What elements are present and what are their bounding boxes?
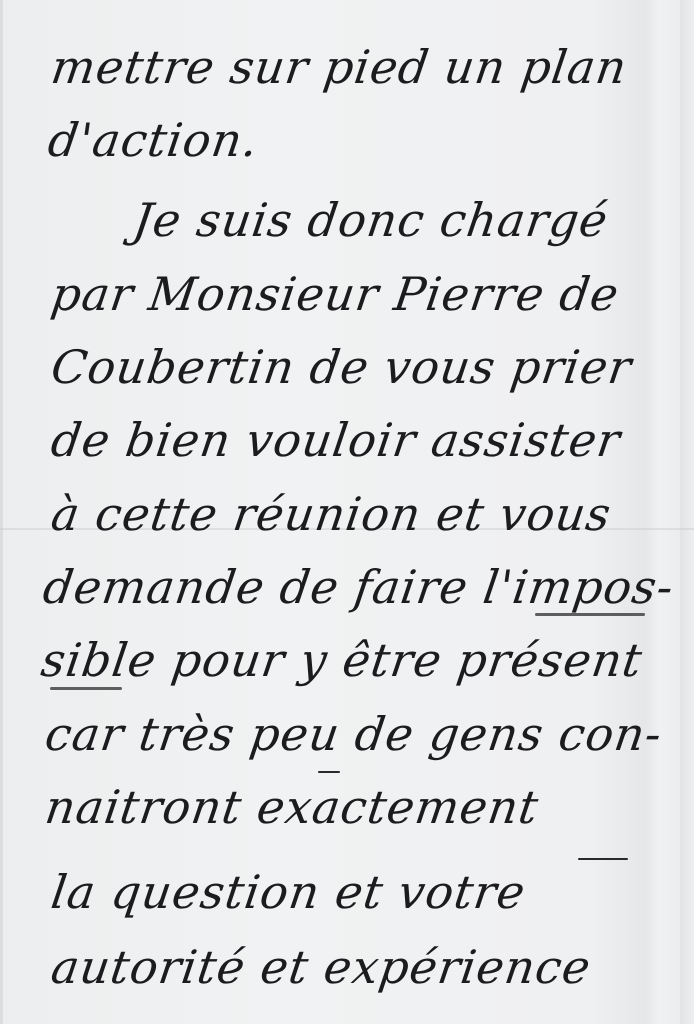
handwritten-line-10: car très peu de gens con- [42, 707, 666, 761]
underline-sible [50, 687, 122, 690]
handwritten-line-3: Je suis donc chargé [130, 193, 612, 247]
underline-impos [535, 613, 645, 616]
handwritten-line-13: autorité et expérience [48, 940, 595, 994]
handwritten-line-7: à cette réunion et vous [48, 487, 615, 541]
handwritten-line-9: sible pour y être présent [38, 633, 646, 687]
handwritten-line-12: la question et votre [48, 865, 529, 919]
handwritten-line-2: d'action. [45, 113, 262, 167]
handwritten-line-6: de bien vouloir assister [48, 413, 624, 467]
handwritten-line-8: demande de faire l'impos- [40, 560, 677, 614]
paper-left-edge [0, 0, 3, 1024]
overline-mark [318, 771, 340, 773]
overline-votre [578, 858, 628, 860]
handwritten-line-11: naitront exactement [42, 780, 542, 834]
handwritten-line-5: Coubertin de vous prier [48, 340, 635, 394]
handwritten-line-4: par Monsieur Pierre de [48, 267, 623, 321]
letter-page: mettre sur pied un plan d'action. Je sui… [0, 0, 694, 1024]
paper-right-edge [680, 0, 694, 1024]
handwritten-line-1: mettre sur pied un plan [48, 40, 631, 94]
